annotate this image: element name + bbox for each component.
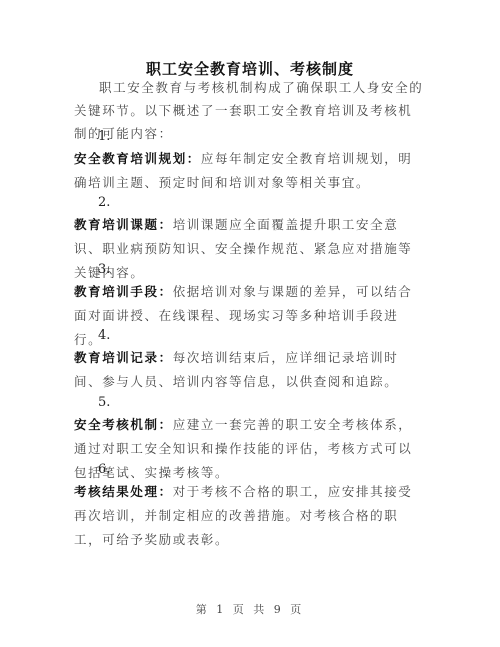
item-number: 6. [98,462,110,477]
page-indicator: 第 1 页 共 9 页 [0,601,500,617]
document-page: 职工安全教育培训、考核制度 职工安全教育与考核机制构成了确保职工人身安全的关键环… [0,0,500,647]
item-heading: 考核结果处理： [74,484,173,499]
item-number: 5. [98,395,110,410]
item-number: 2. [98,195,110,210]
item-heading: 教育培训手段： [74,284,173,299]
item-number: 4. [98,328,110,343]
list-item: 教育培训课题：培训课题应全面覆盖提升职工安全意识、职业病预防知识、安全操作规范、… [74,213,426,285]
item-heading: 安全教育培训规划： [74,151,201,166]
item-number: 3. [98,262,110,277]
list-item: 教育培训手段：依据培训对象与课题的差异，可以结合面对面讲授、在线课程、现场实习等… [74,280,426,352]
item-heading: 教育培训课题： [74,217,173,232]
list-item: 安全考核机制：应建立一套完善的职工安全考核体系，通过对职工安全知识和操作技能的评… [74,413,426,485]
item-heading: 教育培训记录： [74,350,173,365]
intro-paragraph: 职工安全教育与考核机制构成了确保职工人身安全的关键环节。以下概述了一套职工安全教… [74,76,426,145]
item-heading: 安全考核机制： [74,417,173,432]
list-item: 考核结果处理：对于考核不合格的职工，应安排其接受再次培训，并制定相应的改善措施。… [74,480,426,552]
item-number: 1. [98,129,110,144]
list-item: 安全教育培训规划：应每年制定安全教育培训规划，明确培训主题、预定时间和培训对象等… [74,147,426,195]
list-item: 教育培训记录：每次培训结束后，应详细记录培训时间、参与人员、培训内容等信息，以供… [74,346,426,394]
